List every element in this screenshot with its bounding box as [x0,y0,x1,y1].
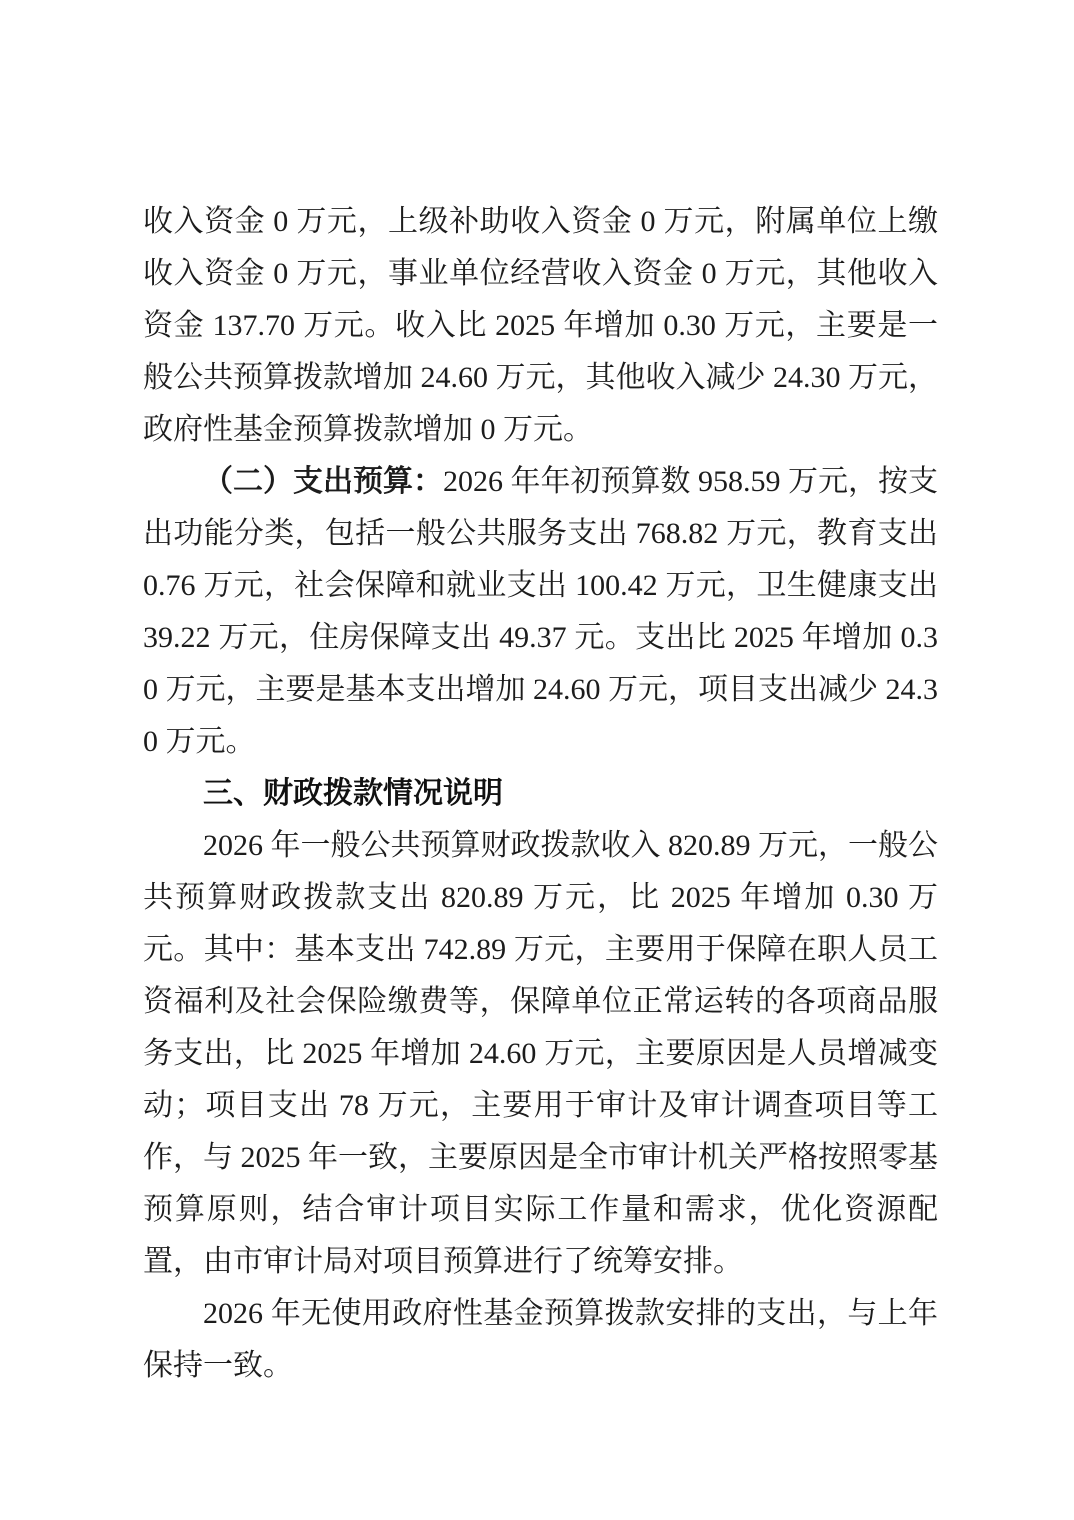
document-page: 收入资金 0 万元，上级补助收入资金 0 万元，附属单位上缴收入资金 0 万元，… [0,0,1074,1520]
paragraph-government-fund: 2026 年无使用政府性基金预算拨款安排的支出，与上年保持一致。 [143,1288,938,1392]
expenditure-budget-body: 2026 年年初预算数 958.59 万元，按支出功能分类，包括一般公共服务支出… [143,465,938,758]
paragraph-fiscal-allocation-detail: 2026 年一般公共预算财政拨款收入 820.89 万元，一般公共预算财政拨款支… [143,820,938,1288]
document-content: 收入资金 0 万元，上级补助收入资金 0 万元，附属单位上缴收入资金 0 万元，… [143,196,938,1392]
paragraph-expenditure-budget: （二）支出预算：2026 年年初预算数 958.59 万元，按支出功能分类，包括… [143,456,938,768]
expenditure-budget-lead-label: （二）支出预算： [203,465,443,498]
heading-fiscal-allocation: 三、财政拨款情况说明 [143,768,938,820]
paragraph-income-continuation: 收入资金 0 万元，上级补助收入资金 0 万元，附属单位上缴收入资金 0 万元，… [143,196,938,456]
